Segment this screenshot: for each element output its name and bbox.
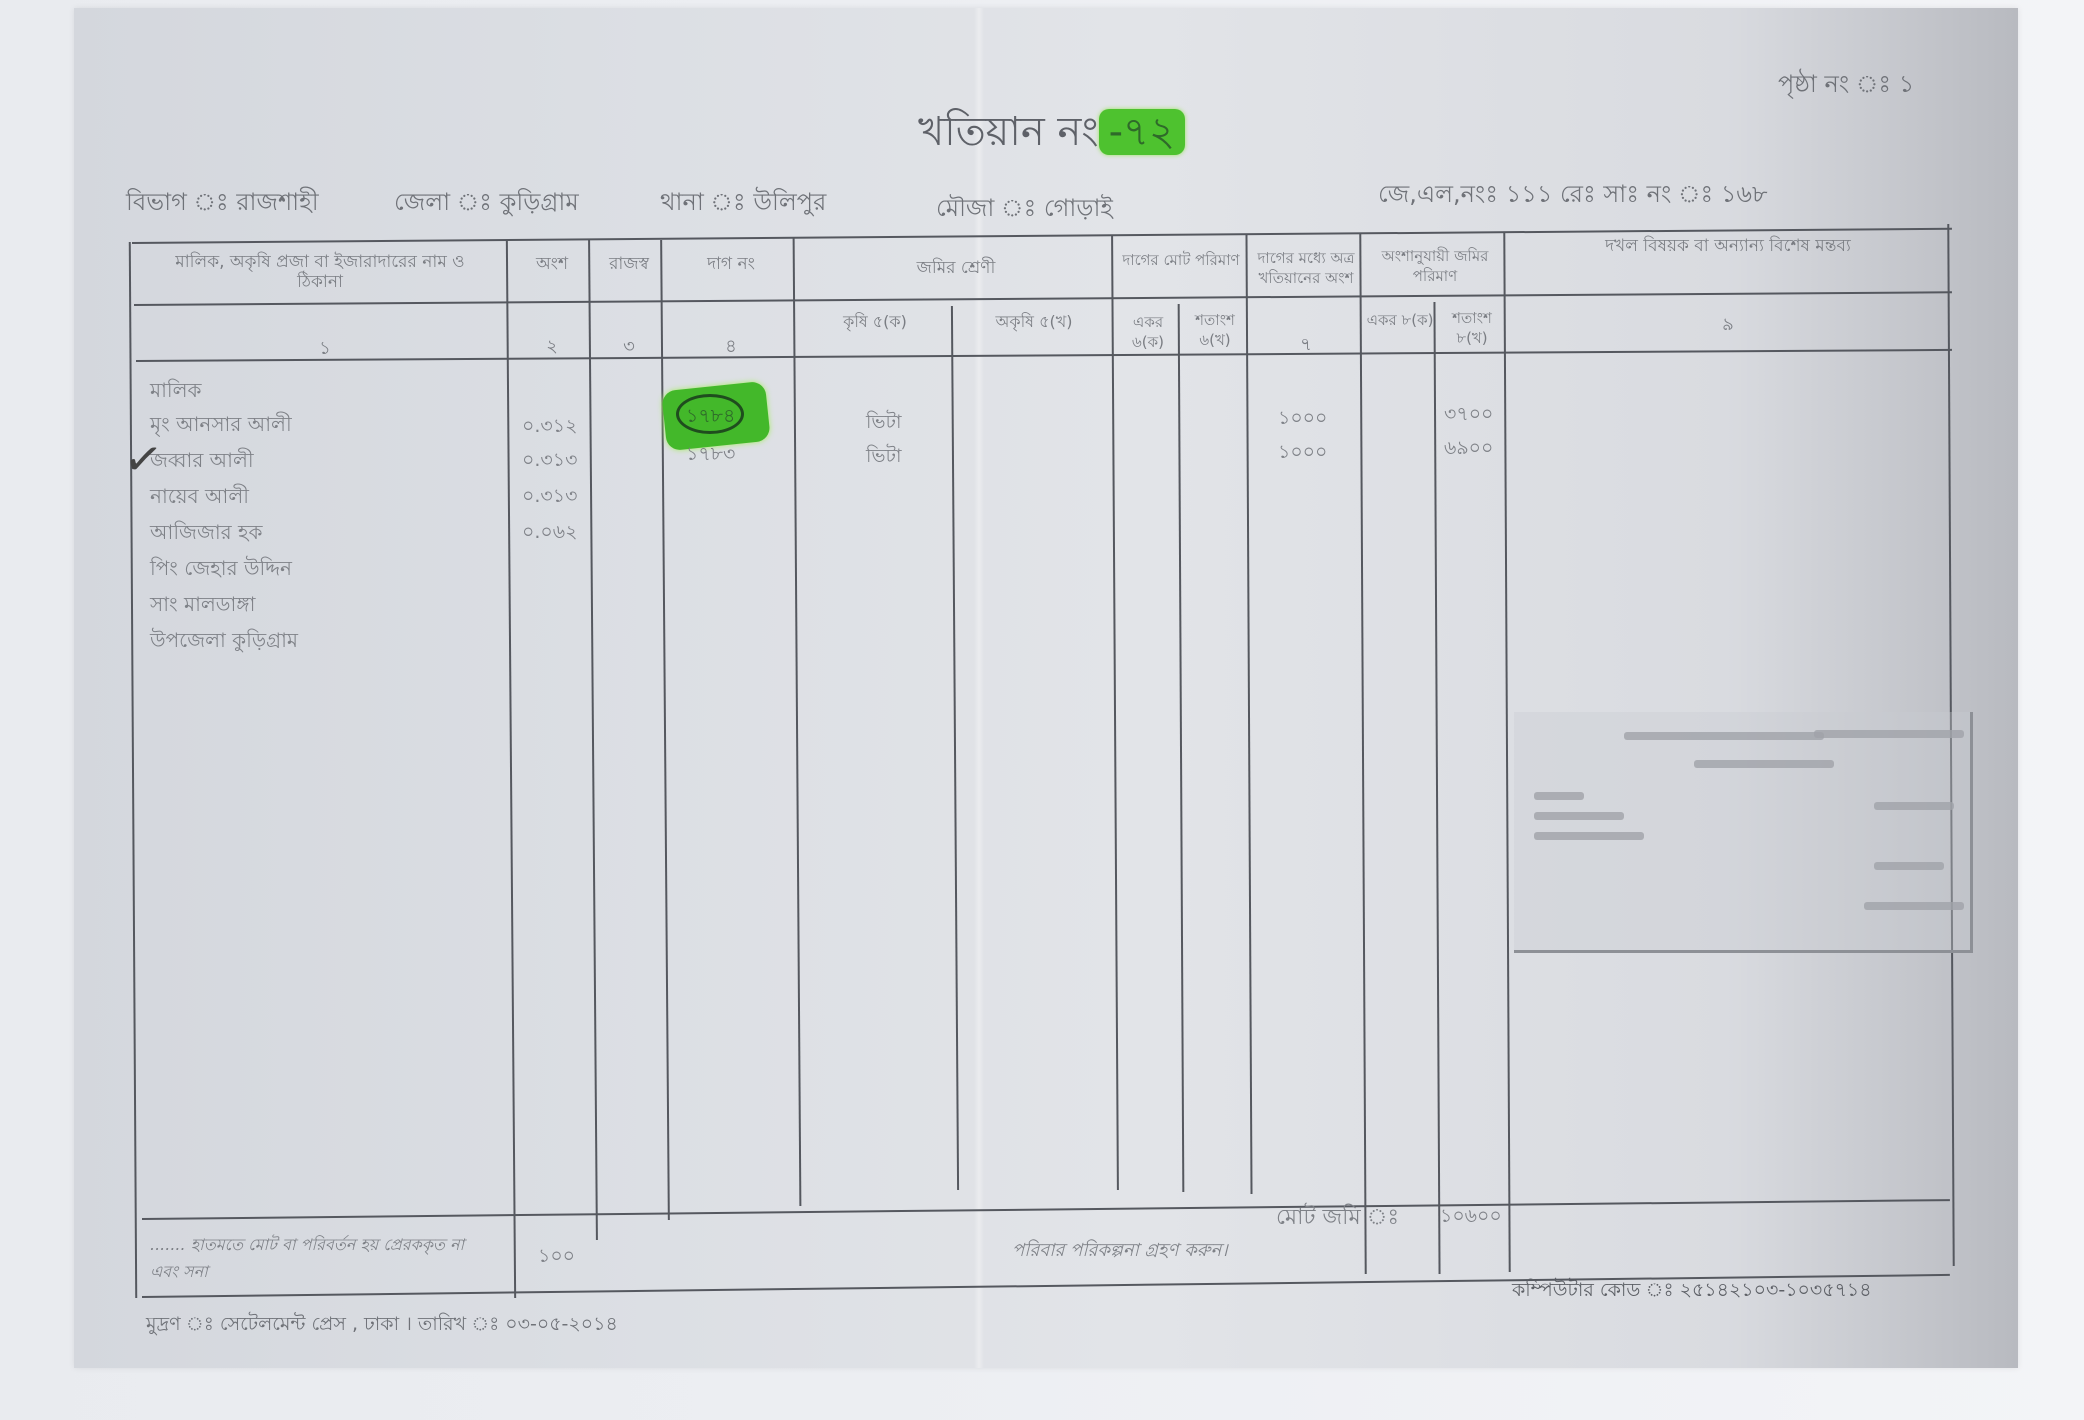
official-stamp	[1514, 712, 1973, 953]
share-decimal-value: ৩৭০০	[1444, 400, 1493, 432]
header-share: অংশ	[512, 254, 592, 274]
khatian-share-value: ১০০০	[1278, 404, 1327, 436]
footer-share-total: ১০০	[538, 1242, 575, 1274]
header-remarks: দখল বিষয়ক বা অন্যান্য বিশেষ মন্তব্য	[1508, 236, 1948, 256]
owner-name: নায়েব আলী	[150, 482, 249, 515]
header-land-class: জমির শ্রেণী	[798, 258, 1114, 278]
col-number-9: ৯	[1508, 310, 1948, 341]
col-number-2: ২	[512, 332, 592, 363]
owner-share: ০.৩১২	[522, 412, 577, 444]
header-nonagri: অকৃষি ৫(খ)	[956, 312, 1112, 332]
header-share-acre: একর ৮(ক)	[1364, 310, 1436, 330]
thana-label: থানা ঃ উলিপুর	[660, 184, 826, 224]
header-revenue: রাজস্ব	[594, 254, 664, 274]
header-share-land: অংশানুযায়ী জমির পরিমাণ	[1364, 246, 1506, 286]
division-label: বিভাগ ঃ রাজশাহী	[126, 184, 319, 224]
total-land-label: মোট জমি ঃ	[1276, 1200, 1399, 1237]
document-title: খতিয়ান নং-৭২	[918, 100, 1185, 167]
header-dag-total: দাগের মোট পরিমাণ	[1114, 250, 1248, 270]
jl-number-label: জে,এল,নংঃ ১১১ রেঃ সাঃ নং ঃ ১৬৮	[1378, 176, 1768, 216]
printer-info: মুদ্রণ ঃ সেটেলমেন্ট প্রেস , ঢাকা । তারিখ…	[146, 1310, 618, 1342]
footer-note: ....... হাতমতে মোট বা পরিবর্তন হয় প্রের…	[150, 1232, 490, 1286]
total-land-value: ১০৬০০	[1440, 1202, 1502, 1234]
land-class: ভিটা	[866, 408, 901, 440]
owner-section-label: মালিক	[150, 376, 202, 409]
owner-address: উপজেলা কুড়িগ্রাম	[150, 626, 298, 659]
header-owner: মালিক, অকৃষি প্রজা বা ইজারাদারের নাম ও ঠ…	[150, 252, 490, 292]
owner-name: আজিজার হক	[150, 518, 263, 551]
khatian-number-highlight: -৭২	[1099, 109, 1185, 155]
col-number-3: ৩	[594, 332, 664, 363]
khatian-share-value: ১০০০	[1278, 438, 1327, 470]
mouza-label: মৌজা ঃ গোড়াই	[936, 190, 1113, 230]
handwritten-check-mark-icon: ✓	[120, 430, 166, 489]
owner-name: মৃং আনসার আলী	[150, 410, 292, 443]
owner-name: জব্বার আলী	[150, 446, 254, 479]
owner-address: পিং জেহার উদ্দিন	[150, 554, 292, 587]
col-number-4: ৪	[666, 332, 796, 363]
share-decimal-value: ৬৯০০	[1444, 434, 1493, 466]
dag-number-highlighted: ১৭৮৪	[686, 402, 735, 434]
page-number: পৃষ্ঠা নং ঃ ১	[1778, 66, 1914, 106]
header-dag-acre: একর ৬(ক)	[1116, 312, 1180, 352]
col-number-1: ১	[140, 334, 510, 365]
family-planning-message: পরিবার পরিকল্পনা গ্রহণ করুন।	[1012, 1236, 1228, 1267]
header-dag-no: দাগ নং	[666, 254, 796, 274]
owner-address: সাং মালডাঙ্গা	[150, 590, 255, 623]
owner-share: ০.৩১৩	[522, 482, 577, 514]
header-dag-decimal: শতাংশ ৬(খ)	[1182, 310, 1248, 350]
col-number-7: ৭	[1250, 330, 1362, 361]
owner-share: ০.৩১৩	[522, 446, 577, 478]
district-label: জেলা ঃ কুড়িগ্রাম	[394, 184, 579, 224]
dag-number: ১৭৮৩	[686, 440, 735, 472]
header-khatian-share: দাগের মধ্যে অত্র খতিয়ানের অংশ	[1250, 248, 1362, 288]
header-agri: কৃষি ৫(ক)	[800, 312, 950, 332]
title-prefix: খতিয়ান নং	[918, 109, 1099, 155]
land-class: ভিটা	[866, 442, 901, 474]
computer-code: কম্পিউটার কোড ঃ ২৫১৪২১০৩-১০৩৫৭১৪	[1512, 1276, 1872, 1308]
owner-share: ০.০৬২	[522, 518, 577, 550]
header-share-decimal: শতাংশ ৮(খ)	[1438, 308, 1506, 348]
